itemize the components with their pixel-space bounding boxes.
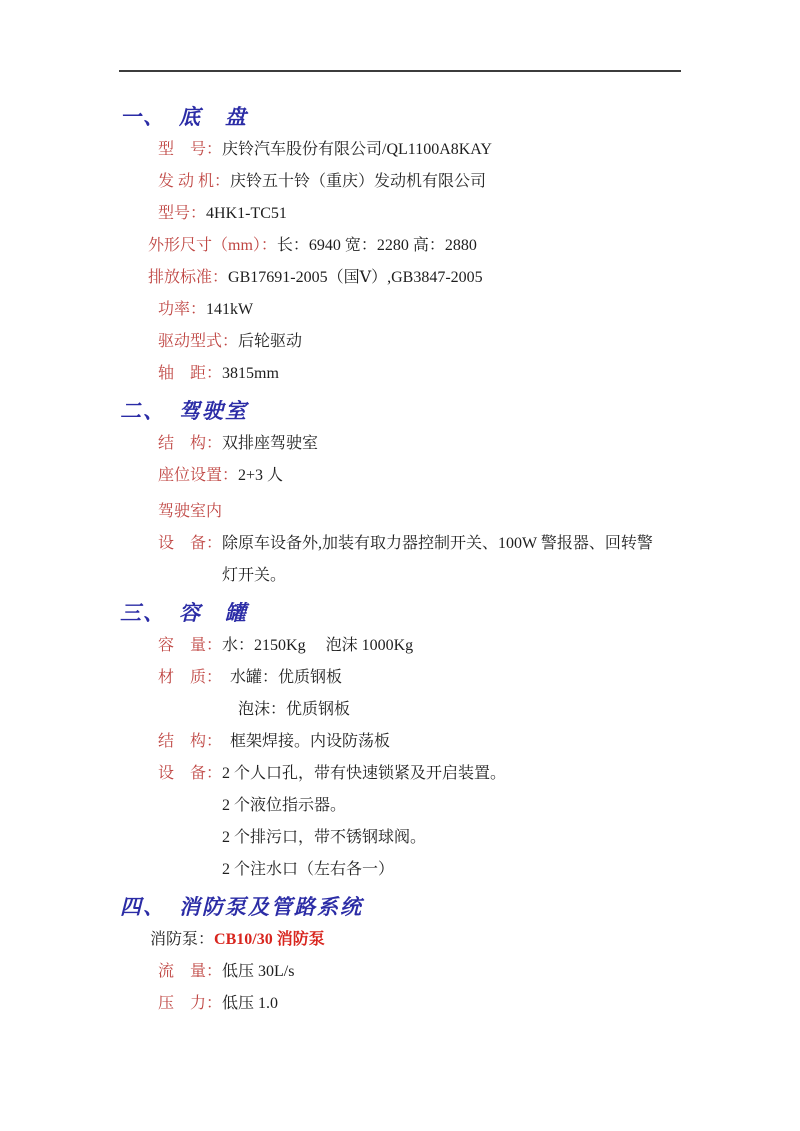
- spec-value: 后轮驱动: [238, 333, 302, 350]
- document-page: 一、底 盘 型 号：庆铃汽车股份有限公司/QL1100A8KAY 发 动 机：庆…: [0, 0, 800, 1131]
- spec-row-power: 功率：141kW: [0, 294, 800, 326]
- spec-row-capacity: 容 量：水：2150Kg 泡沫 1000Kg: [0, 630, 800, 662]
- spec-row-flow: 流 量：低压 30L/s: [0, 956, 800, 988]
- spec-value: 框架焊接。内设防荡板: [214, 733, 390, 750]
- section-heading-chassis: 一、底 盘: [0, 104, 800, 130]
- spec-label: 外形尺寸（mm）：: [148, 237, 277, 254]
- header-divider-rule: [119, 70, 681, 72]
- spec-row-wheelbase: 轴 距：3815mm: [0, 358, 800, 390]
- spec-label: 材 质：: [158, 669, 214, 686]
- spec-row-material-cont: 泡沫：优质钢板: [0, 694, 800, 726]
- spec-label: 压 力：: [158, 995, 222, 1012]
- spec-label: 结 构：: [158, 435, 222, 452]
- spec-value: 3815mm: [222, 365, 279, 382]
- spec-label: 流 量：: [158, 963, 222, 980]
- spec-value: 2 个人口孔，带有快速锁紧及开启装置。: [222, 765, 506, 782]
- section-heading-tank: 三、容 罐: [0, 600, 800, 626]
- document-content: 一、底 盘 型 号：庆铃汽车股份有限公司/QL1100A8KAY 发 动 机：庆…: [0, 96, 800, 1020]
- section-number: 一、: [120, 105, 166, 129]
- section-heading-pump-system: 四、消防泵及管路系统: [0, 894, 800, 920]
- spec-row-engine-maker: 发 动 机：庆铃五十铃（重庆）发动机有限公司: [0, 166, 800, 198]
- spec-value: 水：2150Kg 泡沫 1000Kg: [222, 637, 413, 654]
- spec-row-material: 材 质： 水罐：优质钢板: [0, 662, 800, 694]
- spec-row-tank-equipment: 设 备：2 个人口孔，带有快速锁紧及开启装置。: [0, 758, 800, 790]
- section-number: 三、: [120, 601, 166, 625]
- section-title: 底 盘: [179, 105, 248, 129]
- spec-value: 泡沫：优质钢板: [238, 701, 350, 718]
- spec-row-tank-equipment-cont: 2 个排污口，带不锈钢球阀。: [0, 822, 800, 854]
- spec-label: 排放标准：: [148, 269, 228, 286]
- spec-value: 低压 1.0: [222, 995, 278, 1012]
- spec-value: 双排座驾驶室: [222, 435, 318, 452]
- spec-row-engine-model: 型号：4HK1-TC51: [0, 198, 800, 230]
- section-title: 消防泵及管路系统: [179, 895, 363, 919]
- spec-value: 长：6940 宽：2280 高：2880: [277, 237, 477, 254]
- spec-label: 轴 距：: [158, 365, 222, 382]
- spec-row-tank-structure: 结 构： 框架焊接。内设防荡板: [0, 726, 800, 758]
- spec-row-tank-equipment-cont: 2 个液位指示器。: [0, 790, 800, 822]
- spec-row-cab-structure: 结 构：双排座驾驶室: [0, 428, 800, 460]
- spec-row-cab-interior: 驾驶室内: [0, 496, 800, 528]
- section-title: 驾驶室: [179, 399, 248, 423]
- spec-label: 驾驶室内: [158, 503, 222, 520]
- section-number: 二、: [120, 399, 166, 423]
- spec-value: 低压 30L/s: [222, 963, 294, 980]
- spec-label: 消防泵：: [150, 931, 214, 948]
- section-number: 四、: [120, 895, 166, 919]
- spec-value: 灯开关。: [222, 567, 286, 584]
- spec-label: 座位设置：: [158, 467, 238, 484]
- spec-label: 驱动型式：: [158, 333, 238, 350]
- spec-value: 水罐：优质钢板: [214, 669, 342, 686]
- spec-label: 结 构：: [158, 733, 214, 750]
- spec-value: 庆铃汽车股份有限公司/QL1100A8KAY: [222, 141, 492, 158]
- spec-label: 功率：: [158, 301, 206, 318]
- spec-value: GB17691-2005（国Ⅴ）,GB3847-2005: [228, 269, 483, 286]
- spec-label: 发 动 机：: [158, 173, 230, 190]
- spec-value: 141kW: [206, 301, 253, 318]
- spec-row-seating: 座位设置：2+3 人: [0, 460, 800, 492]
- section-heading-cab: 二、驾驶室: [0, 398, 800, 424]
- spec-row-fire-pump: 消防泵：CB10/30 消防泵: [0, 924, 800, 956]
- spec-value: 2 个注水口（左右各一）: [222, 861, 394, 878]
- spec-row-cab-equipment-cont: 灯开关。: [0, 560, 800, 592]
- spec-label: 容 量：: [158, 637, 222, 654]
- spec-value: 2 个排污口，带不锈钢球阀。: [222, 829, 426, 846]
- spec-label: 型号：: [158, 205, 206, 222]
- spec-label: 设 备：: [158, 535, 222, 552]
- spec-label: 型 号：: [158, 141, 222, 158]
- spec-row-drive-type: 驱动型式：后轮驱动: [0, 326, 800, 358]
- spec-value: 2 个液位指示器。: [222, 797, 346, 814]
- spec-label: 设 备：: [158, 765, 222, 782]
- spec-row-tank-equipment-cont: 2 个注水口（左右各一）: [0, 854, 800, 886]
- spec-value-highlight: CB10/30 消防泵: [214, 931, 325, 948]
- spec-row-pressure: 压 力：低压 1.0: [0, 988, 800, 1020]
- spec-row-dimensions: 外形尺寸（mm）：长：6940 宽：2280 高：2880: [0, 230, 800, 262]
- spec-value: 庆铃五十铃（重庆）发动机有限公司: [230, 173, 486, 190]
- spec-row-model: 型 号：庆铃汽车股份有限公司/QL1100A8KAY: [0, 134, 800, 166]
- section-title: 容 罐: [179, 601, 248, 625]
- spec-value: 2+3 人: [238, 467, 283, 484]
- spec-row-emission-standard: 排放标准：GB17691-2005（国Ⅴ）,GB3847-2005: [0, 262, 800, 294]
- spec-row-cab-equipment: 设 备：除原车设备外,加装有取力器控制开关、100W 警报器、回转警: [0, 528, 800, 560]
- spec-value: 4HK1-TC51: [206, 205, 287, 222]
- spec-value: 除原车设备外,加装有取力器控制开关、100W 警报器、回转警: [222, 535, 653, 552]
